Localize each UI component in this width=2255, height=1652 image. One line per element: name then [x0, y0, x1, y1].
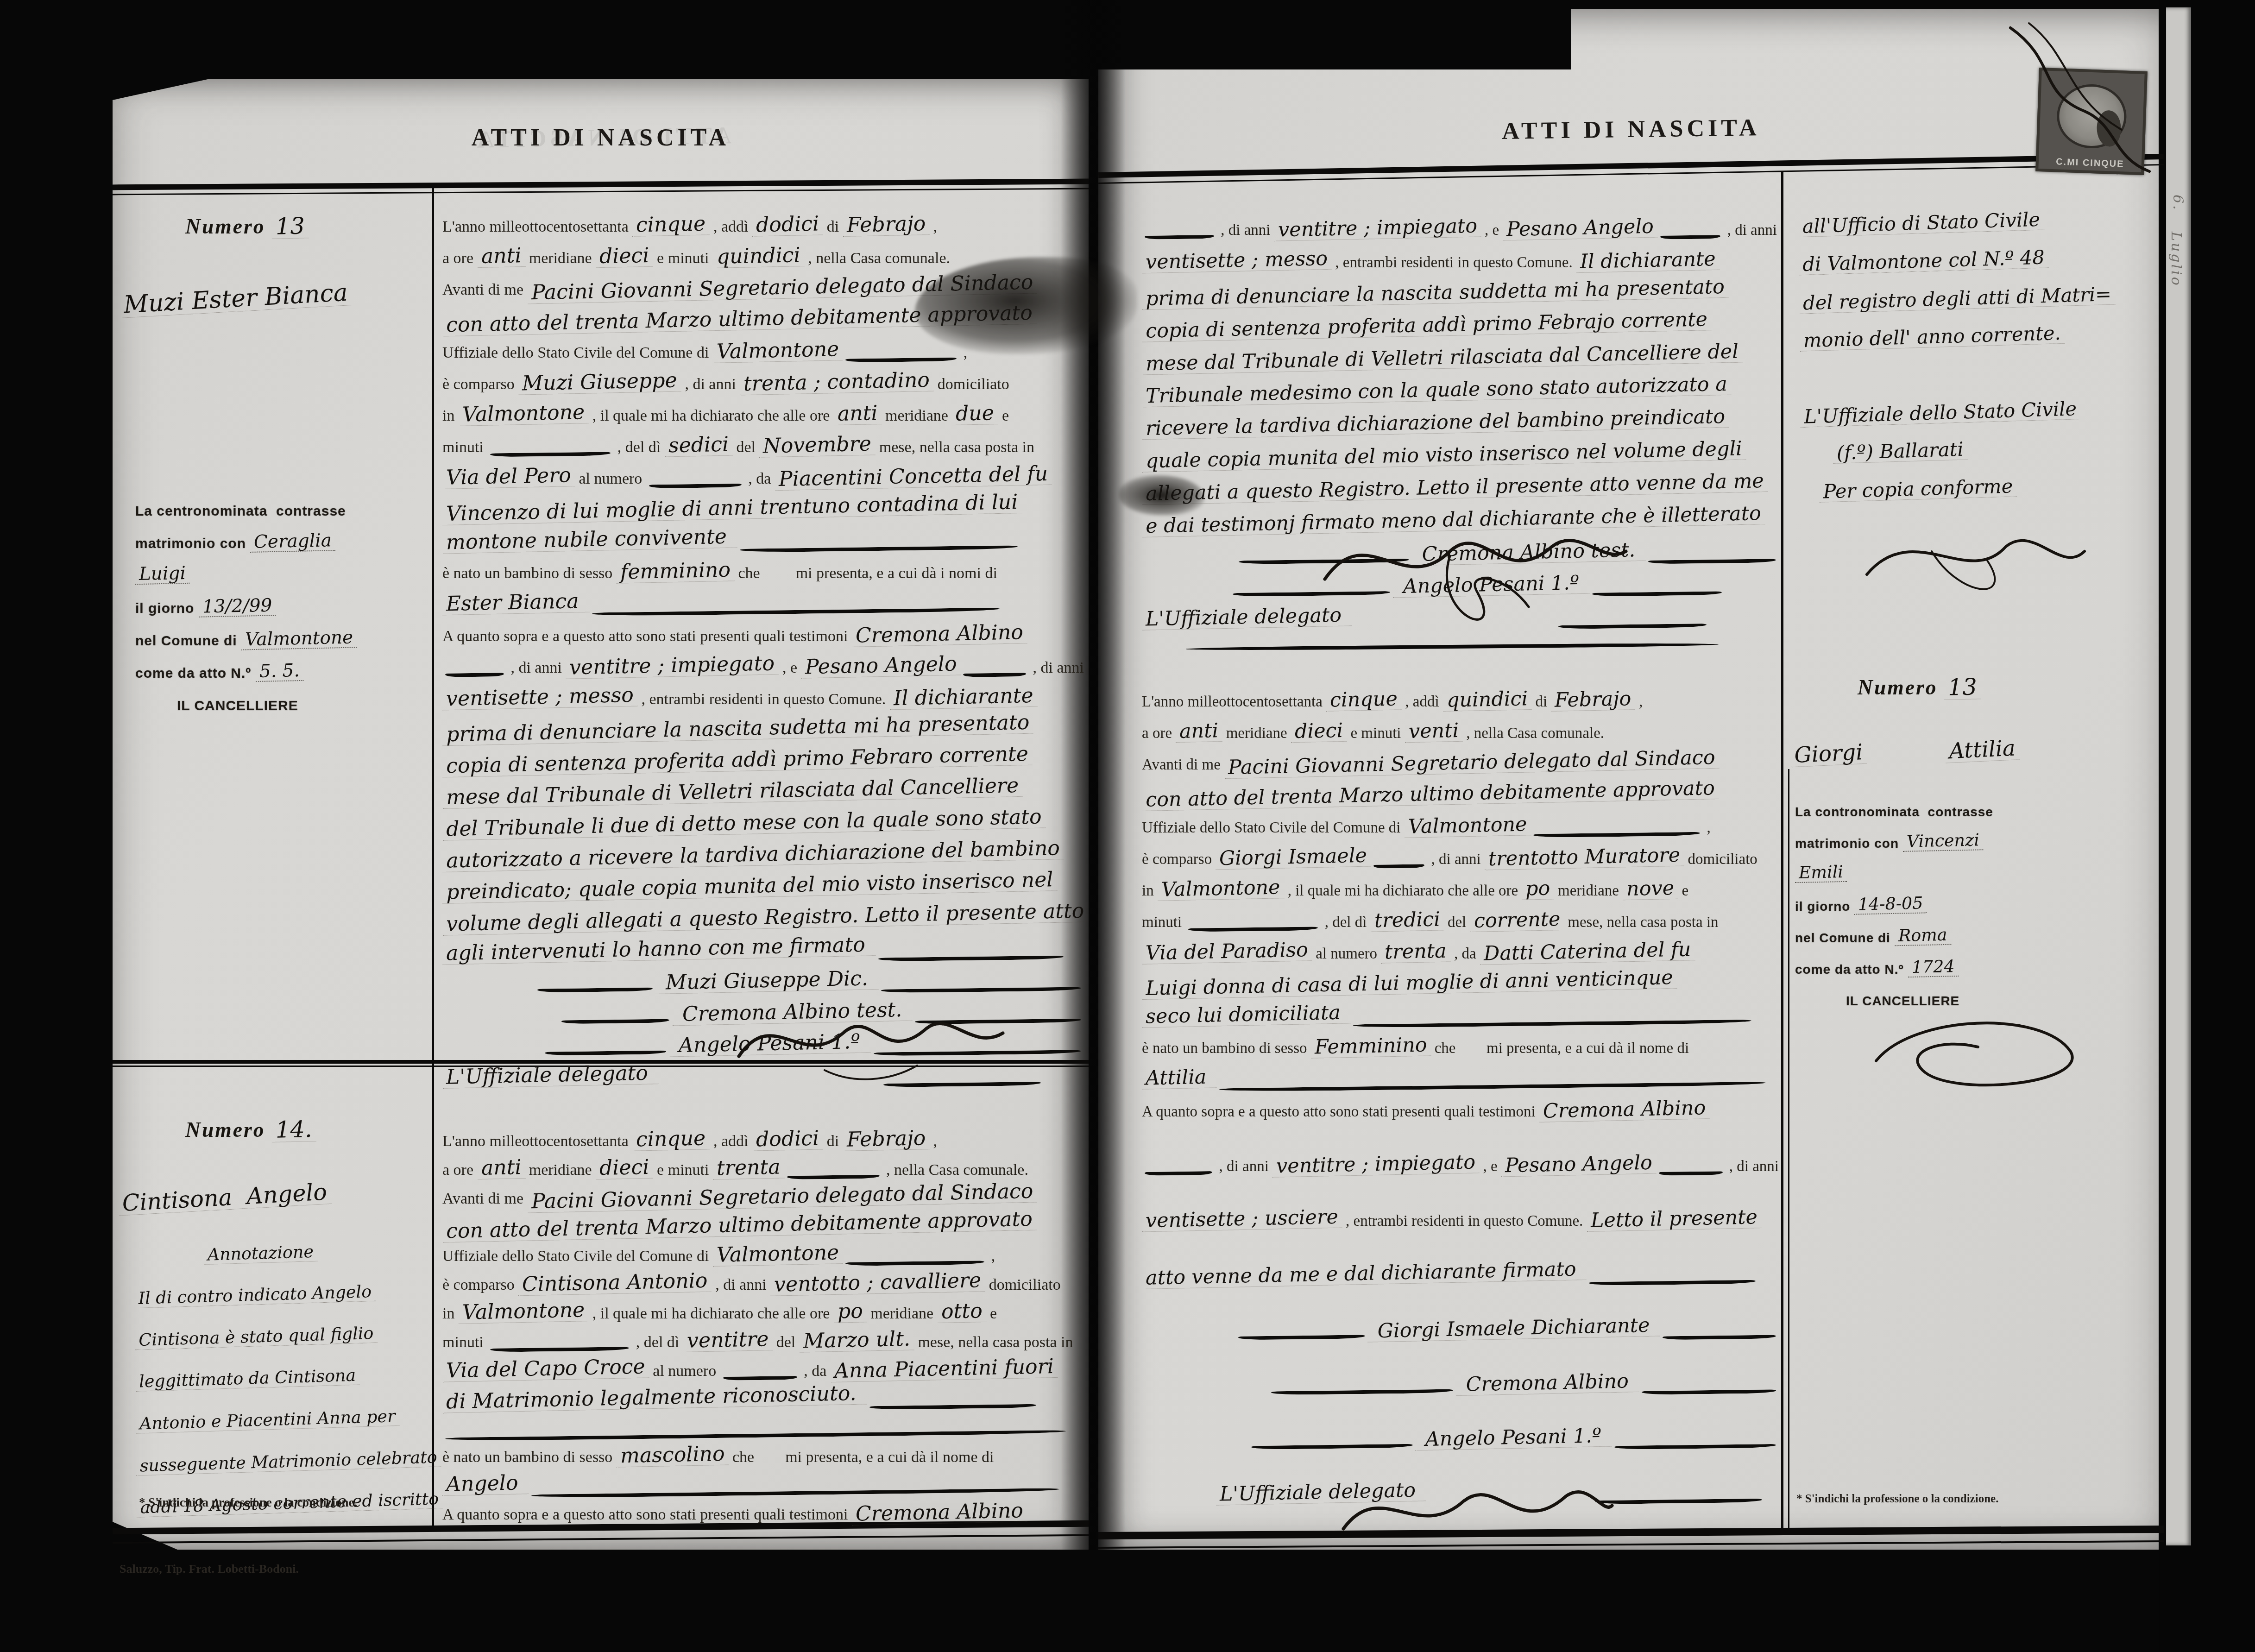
margin-divider-inner	[1788, 769, 1789, 1529]
pencil-note-day: 6.	[2170, 195, 2186, 212]
register-scan: { "headers": {"left": "ATTI DI NASCITA",…	[0, 0, 2255, 1652]
margin-divider	[432, 185, 434, 1526]
signature-flourish-official-right-top	[1311, 514, 1635, 653]
legitimation-annotation: AnnotazioneIl di contro indicato AngeloC…	[134, 1222, 428, 1516]
signature-flourish-official-left	[732, 996, 1010, 1084]
marriage-annotation-stamp-right: La contronominata contrassematrimonio co…	[1795, 790, 2082, 1010]
signature-flourish-per-copia	[1848, 505, 2098, 616]
footnote-profession: * S'indichi la professione o la condizio…	[1796, 1493, 1998, 1506]
signature-flourish-cancelliere	[1848, 996, 2108, 1112]
margin-entry-number-14: Numero 14.	[185, 1110, 435, 1144]
margin-divider	[1781, 171, 1783, 1529]
margin-entry-name-giorgi-attilia: GiorgiAttilia	[1790, 719, 2097, 768]
pen-stroke-over-stamp	[2001, 19, 2159, 176]
birth-act-14-text: L'anno milleottocentosettanta cinque , a…	[442, 1123, 1084, 1526]
margin-entry-number-13: Numero 13	[185, 206, 435, 240]
signature-flourish-official-right-bottom	[1334, 1469, 1621, 1557]
scan-black-band	[1098, 0, 1571, 69]
birth-act-13-giorgi-text: L'anno milleottocentosettanta cinque , a…	[1142, 681, 1779, 1091]
pencil-note-month: Luglio	[2168, 232, 2184, 287]
footnote-profession: * S'indichi la professione o la condizio…	[139, 1495, 357, 1510]
printer-imprint: Saluzzo, Tip. Frat. Lobetti-Bodoni.	[120, 1562, 299, 1576]
margin-entry-number-13-right: Numero 13	[1858, 667, 2108, 701]
marriage-annotation-stamp-left: La centronominata contrassematrimonio co…	[135, 489, 427, 716]
marriage-register-reference-note: all'Ufficio di Stato Civiledi Valmontone…	[1798, 195, 2079, 502]
birth-act-13-giorgi-witnesses: A quanto sopra e a questo atto sono stat…	[1142, 1068, 1779, 1505]
